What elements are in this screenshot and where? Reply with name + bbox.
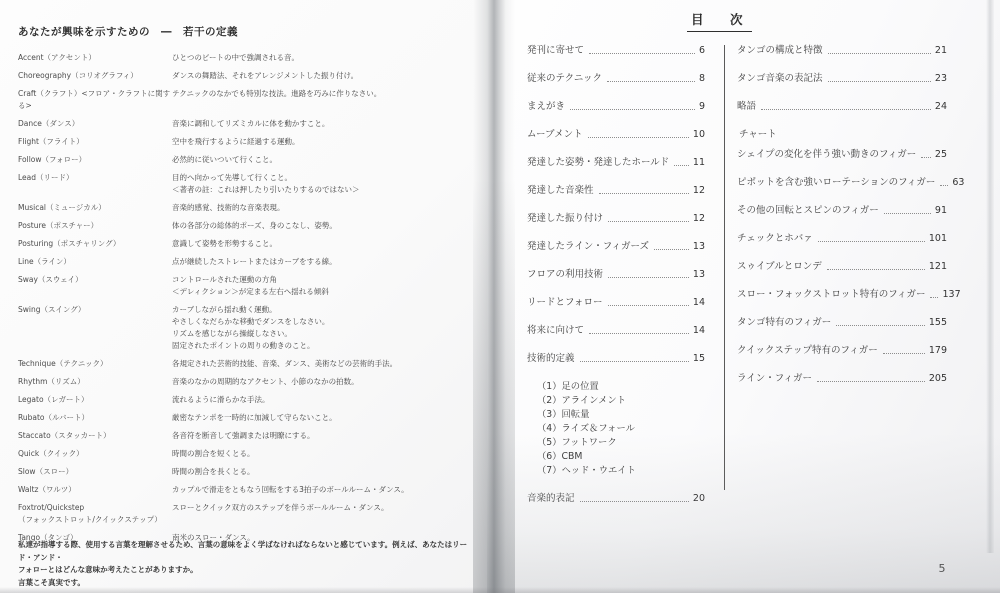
toc-entry: ムーブメント 10: [527, 129, 705, 141]
toc-entry-page: 14: [693, 297, 705, 309]
glossary-term: Choreography（コリオグラフィ）: [18, 70, 172, 82]
toc-entry: スゥイブルとロンデ 121: [737, 261, 947, 273]
toc-dot-leader: [817, 381, 925, 382]
glossary-row: Lead（リード） 目的へ向かって先導して行くこと。 ＜著者の註：これは押したり…: [18, 172, 479, 196]
glossary-definition: 音楽的感覚、技術的な音楽表現。: [172, 202, 479, 214]
toc-entry-label: 略語: [737, 101, 756, 113]
glossary-term: Accent（アクセント）: [18, 52, 172, 64]
toc-dot-leader: [654, 249, 689, 250]
toc-dot-leader: [761, 109, 931, 110]
toc-sub-item: （2）アラインメント: [537, 395, 705, 407]
glossary-term: Lead（リード）: [18, 172, 172, 196]
glossary-term: Rubato（ルバート）: [18, 412, 172, 424]
glossary-row: Follow（フォロー） 必然的に従いついて行くこと。: [18, 154, 479, 166]
glossary-definition: 各規定された芸術的技能、音楽、ダンス、美術などの芸術的手法。: [172, 358, 479, 370]
glossary-term: Rhythm（リズム）: [18, 376, 172, 388]
toc-right-column: タンゴの構成と特徴 21 タンゴ音楽の表記法 23 略語 24 チャート シェイ…: [737, 45, 947, 401]
toc-section-header: チャート: [739, 129, 947, 141]
glossary-term: Technique（テクニック）: [18, 358, 172, 370]
glossary-definition: 時間の割合を長くとる。: [172, 466, 479, 478]
toc-dot-leader: [836, 325, 925, 326]
glossary-title: あなたが興味を示すための ― 若干の定義: [18, 24, 238, 39]
toc-entry-page: 11: [693, 157, 705, 169]
glossary-term: Follow（フォロー）: [18, 154, 172, 166]
toc-dot-leader: [883, 353, 925, 354]
toc-entry: その他の回転とスピンのフィガー 91: [737, 205, 947, 217]
glossary-definition: ダンスの舞踏法、それをアレンジメントした振り付け。: [172, 70, 479, 82]
toc-entry-label: シェイプの変化を伴う強い動きのフィガー: [737, 149, 916, 161]
glossary-row: Slow（スロー） 時間の割合を長くとる。: [18, 466, 479, 478]
toc-entry-label: フロアの利用技術: [527, 269, 603, 281]
toc-sub-item: （6）CBM: [537, 451, 705, 463]
glossary-row: Sway（スウェイ） コントロールされた運動の方角 ＜デレィクション＞が定まる左…: [18, 274, 479, 298]
toc-entry-page: 20: [693, 493, 705, 505]
toc-entry: クイックステップ特有のフィガー 179: [737, 345, 947, 357]
glossary-term: Posturing（ポスチャリング）: [18, 238, 172, 250]
glossary-term: Foxtrot/Quickstep （フォックストロット/クイックステップ）: [18, 502, 172, 526]
glossary-definition: カップルで滑走をともなう回転をする3拍子のボールルーム・ダンス。: [172, 484, 479, 496]
toc-entry: 従来のテクニック 8: [527, 73, 705, 85]
glossary-row: Rubato（ルバート） 厳密なテンポを一時的に加減して守らないこと。: [18, 412, 479, 424]
toc-entry-page: 12: [693, 213, 705, 225]
glossary-row: Musical（ミュージカル） 音楽的感覚、技術的な音楽表現。: [18, 202, 479, 214]
toc-entry: ライン・フィガー 205: [737, 373, 947, 385]
toc-entry: タンゴ音楽の表記法 23: [737, 73, 947, 85]
toc-sub-item: （1）足の位置: [537, 381, 705, 393]
glossary-row: Staccato（スタッカート） 各音符を断音して強調または明瞭にする。: [18, 430, 479, 442]
glossary-term: Dance（ダンス）: [18, 118, 172, 130]
toc-dot-leader: [580, 361, 689, 362]
toc-entry-page: 25: [935, 149, 947, 161]
toc-dot-leader: [608, 277, 689, 278]
toc-dot-leader: [588, 137, 689, 138]
toc-dot-leader: [930, 297, 938, 298]
glossary-row: Craft（クラフト）<フロア・クラフトに関する> テクニックのなかでも特別な技…: [18, 88, 479, 112]
glossary-term: Sway（スウェイ）: [18, 274, 172, 298]
toc-entry-label: チェックとホバァ: [737, 233, 813, 245]
glossary-row: Foxtrot/Quickstep （フォックストロット/クイックステップ） ス…: [18, 502, 479, 526]
glossary-definition: 時間の割合を短くとる。: [172, 448, 479, 460]
toc-entry-page: 101: [929, 233, 947, 245]
glossary-definition: スローとクイック双方のステップを伴うボールルーム・ダンス。: [172, 502, 479, 526]
toc-entry-page: 24: [935, 101, 947, 113]
toc-dot-leader: [589, 53, 695, 54]
toc-dot-leader: [608, 221, 689, 222]
toc-entry: 発刊に寄せて 6: [527, 45, 705, 57]
toc-entry-page: 15: [693, 353, 705, 365]
glossary-row: Rhythm（リズム） 音楽のなかの周期的なアクセント、小節のなかの拍数。: [18, 376, 479, 388]
glossary-term: Legato（レガート）: [18, 394, 172, 406]
glossary-definition: 音楽に調和してリズミカルに体を動かすこと。: [172, 118, 479, 130]
toc-entry-page: 205: [929, 373, 947, 385]
glossary-list: Accent（アクセント） ひとつのビートの中で強調される音。 Choreogr…: [18, 52, 479, 550]
toc-entry-label: 発達した音楽性: [527, 185, 594, 197]
glossary-term: Flight（フライト）: [18, 136, 172, 148]
toc-entry-page: 12: [693, 185, 705, 197]
glossary-definition: 点が継続したストレートまたはカーブをする線。: [172, 256, 479, 268]
toc-entry-label: タンゴ特有のフィガー: [737, 317, 831, 329]
toc-entry-label: ピボットを含む強いローテーションのフィガー: [737, 177, 935, 189]
glossary-definition: 体の各部分の総体的ポーズ、身のこなし、姿勢。: [172, 220, 479, 232]
toc-dot-leader: [921, 157, 931, 158]
toc-entry-label: リードとフォロー: [527, 297, 603, 309]
toc-dot-leader: [589, 333, 689, 334]
glossary-term: Line（ライン）: [18, 256, 172, 268]
left-page-footer: 私達が指導する際、使用する言葉を理解させるため、言葉の意味をよく学ばなければなら…: [18, 539, 482, 589]
toc-entry-label: 発刊に寄せて: [527, 45, 584, 57]
toc-entry-label: 将来に向けて: [527, 325, 584, 337]
toc-entry-list: 発刊に寄せて 6 従来のテクニック 8 まえがき 9 ムーブメント 10 発達し…: [527, 45, 705, 365]
glossary-definition: 厳密なテンポを一時的に加減して守らないこと。: [172, 412, 479, 424]
toc-sub-item: （4）ライズ＆フォール: [537, 423, 705, 435]
toc-entry-label: 発達したライン・フィガーズ: [527, 241, 649, 253]
toc-column-divider: [724, 45, 725, 490]
glossary-row: Accent（アクセント） ひとつのビートの中で強調される音。: [18, 52, 479, 64]
glossary-row: Swing（スイング） カーブしながら揺れ動く運動。 やさしくなだらかな移動でダ…: [18, 304, 479, 352]
toc-entry-label: ライン・フィガー: [737, 373, 812, 385]
toc-entry-page: 179: [929, 345, 947, 357]
toc-entry: 技術的定義 15: [527, 353, 705, 365]
glossary-row: Legato（レガート） 流れるように滑らかな手法。: [18, 394, 479, 406]
glossary-definition: 目的へ向かって先導して行くこと。 ＜著者の註：これは押したり引いたりするのではな…: [172, 172, 479, 196]
glossary-definition: 流れるように滑らかな手法。: [172, 394, 479, 406]
toc-entry-page: 6: [699, 45, 705, 57]
toc-entry: 発達した振り付け 12: [527, 213, 705, 225]
book-bottom-edge: [0, 587, 1000, 593]
toc-entry: 略語 24: [737, 101, 947, 113]
toc-entry: 発達した姿勢・発達したホールド 11: [527, 157, 705, 169]
toc-left-column: 発刊に寄せて 6 従来のテクニック 8 まえがき 9 ムーブメント 10 発達し…: [527, 45, 705, 521]
toc-entry-label: クイックステップ特有のフィガー: [737, 345, 878, 357]
toc-entry-page: 10: [693, 129, 705, 141]
glossary-row: Technique（テクニック） 各規定された芸術的技能、音楽、ダンス、美術など…: [18, 358, 479, 370]
toc-entry-label: まえがき: [527, 101, 565, 113]
toc-entry-page: 63: [952, 177, 964, 189]
glossary-row: Line（ライン） 点が継続したストレートまたはカーブをする線。: [18, 256, 479, 268]
glossary-term: Craft（クラフト）<フロア・クラフトに関する>: [18, 88, 172, 112]
glossary-definition: カーブしながら揺れ動く運動。 やさしくなだらかな移動でダンスをしなさい。 リズム…: [172, 304, 479, 352]
glossary-term: Musical（ミュージカル）: [18, 202, 172, 214]
toc-title: 目 次: [687, 10, 752, 32]
toc-entry-page: 21: [935, 45, 947, 57]
toc-entry-page: 13: [693, 241, 705, 253]
toc-entry-label: ムーブメント: [527, 129, 583, 141]
glossary-definition: テクニックのなかでも特別な技法。進路を巧みに作りなさい。: [172, 88, 479, 112]
glossary-term: Quick（クイック）: [18, 448, 172, 460]
toc-entry-label: 音楽的表記: [527, 493, 575, 505]
glossary-definition: 空中を飛行するように経過する運動。: [172, 136, 479, 148]
toc-entry: タンゴの構成と特徴 21: [737, 45, 947, 57]
left-page: あなたが興味を示すための ― 若干の定義 Accent（アクセント） ひとつのビ…: [0, 0, 487, 593]
toc-entry-label: 発達した姿勢・発達したホールド: [527, 157, 669, 169]
glossary-row: Flight（フライト） 空中を飛行するように経過する運動。: [18, 136, 479, 148]
glossary-term: Posture（ポスチャー）: [18, 220, 172, 232]
glossary-term: Staccato（スタッカート）: [18, 430, 172, 442]
toc-dot-leader: [599, 193, 689, 194]
toc-dot-leader: [940, 185, 948, 186]
glossary-definition: 必然的に従いついて行くこと。: [172, 154, 479, 166]
toc-dot-leader: [828, 81, 931, 82]
toc-dot-leader: [570, 109, 695, 110]
toc-entry: ピボットを含む強いローテーションのフィガー 63: [737, 177, 947, 189]
page-gutter-shadow: [473, 0, 515, 593]
toc-dot-leader: [884, 213, 931, 214]
toc-dot-leader: [580, 501, 689, 502]
glossary-definition: コントロールされた運動の方角 ＜デレィクション＞が定まる左右へ揺れる傾斜: [172, 274, 479, 298]
book-spread: あなたが興味を示すための ― 若干の定義 Accent（アクセント） ひとつのビ…: [0, 0, 1000, 593]
glossary-term: Swing（スイング）: [18, 304, 172, 352]
toc-dot-leader: [827, 269, 925, 270]
toc-dot-leader: [607, 81, 695, 82]
toc-entry-page: 23: [935, 73, 947, 85]
toc-sub-item: （3）回転量: [537, 409, 705, 421]
glossary-definition: 音楽のなかの周期的なアクセント、小節のなかの拍数。: [172, 376, 479, 388]
toc-entry-label: タンゴの構成と特徴: [737, 45, 823, 57]
toc-entry-label: スロー・フォックストロット特有のフィガー: [737, 289, 925, 301]
glossary-definition: ひとつのビートの中で強調される音。: [172, 52, 479, 64]
toc-entry-page: 8: [699, 73, 705, 85]
toc-entry-label: スゥイブルとロンデ: [737, 261, 822, 273]
toc-entry: まえがき 9: [527, 101, 705, 113]
toc-entry-page: 13: [693, 269, 705, 281]
toc-entry-page: 91: [935, 205, 947, 217]
glossary-row: Posturing（ポスチャリング） 意識して姿勢を形勢すること。: [18, 238, 479, 250]
toc-dot-leader: [828, 53, 931, 54]
toc-entry-label: タンゴ音楽の表記法: [737, 73, 823, 85]
toc-dot-leader: [818, 241, 925, 242]
glossary-row: Quick（クイック） 時間の割合を短くとる。: [18, 448, 479, 460]
toc-entry-page: 155: [929, 317, 947, 329]
page-number: 5: [927, 562, 957, 575]
toc-sub-list: （1）足の位置（2）アラインメント（3）回転量（4）ライズ＆フォール（5）フット…: [537, 381, 705, 477]
glossary-definition: 各音符を断音して強調または明瞭にする。: [172, 430, 479, 442]
toc-entry-label: 従来のテクニック: [527, 73, 602, 85]
toc-entry-label: 発達した振り付け: [527, 213, 603, 225]
toc-entry: リードとフォロー 14: [527, 297, 705, 309]
toc-entry: 発達したライン・フィガーズ 13: [527, 241, 705, 253]
toc-entry-label: 技術的定義: [527, 353, 575, 365]
toc-entry-page: 9: [699, 101, 705, 113]
toc-entry: フロアの利用技術 13: [527, 269, 705, 281]
toc-entry-page: 137: [942, 289, 960, 301]
glossary-row: Dance（ダンス） 音楽に調和してリズミカルに体を動かすこと。: [18, 118, 479, 130]
toc-entry-page: 14: [693, 325, 705, 337]
toc-dot-leader: [674, 165, 689, 166]
glossary-term: Slow（スロー）: [18, 466, 172, 478]
glossary-row: Posture（ポスチャー） 体の各部分の総体的ポーズ、身のこなし、姿勢。: [18, 220, 479, 232]
toc-sub-item: （7）ヘッド・ウエイト: [537, 465, 705, 477]
toc-entry-page: 121: [929, 261, 947, 273]
glossary-term: Waltz（ワルツ）: [18, 484, 172, 496]
right-page: 目 次 発刊に寄せて 6 従来のテクニック 8 まえがき 9 ムーブメント 10…: [487, 0, 1000, 593]
toc-entry: 将来に向けて 14: [527, 325, 705, 337]
toc-entry: スロー・フォックストロット特有のフィガー 137: [737, 289, 947, 301]
toc-entry: チェックとホバァ 101: [737, 233, 947, 245]
glossary-definition: 意識して姿勢を形勢すること。: [172, 238, 479, 250]
toc-entry: 発達した音楽性 12: [527, 185, 705, 197]
toc-entry: 音楽的表記 20: [527, 493, 705, 505]
toc-entry: タンゴ特有のフィガー 155: [737, 317, 947, 329]
glossary-row: Choreography（コリオグラフィ） ダンスの舞踏法、それをアレンジメント…: [18, 70, 479, 82]
toc-entry-list-after: 音楽的表記 20: [527, 493, 705, 505]
toc-entry: シェイプの変化を伴う強い動きのフィガー 25: [737, 149, 947, 161]
toc-entry-label: その他の回転とスピンのフィガー: [737, 205, 879, 217]
glossary-row: Waltz（ワルツ） カップルで滑走をともなう回転をする3拍子のボールルーム・ダ…: [18, 484, 479, 496]
toc-dot-leader: [608, 305, 689, 306]
toc-sub-item: （5）フットワーク: [537, 437, 705, 449]
